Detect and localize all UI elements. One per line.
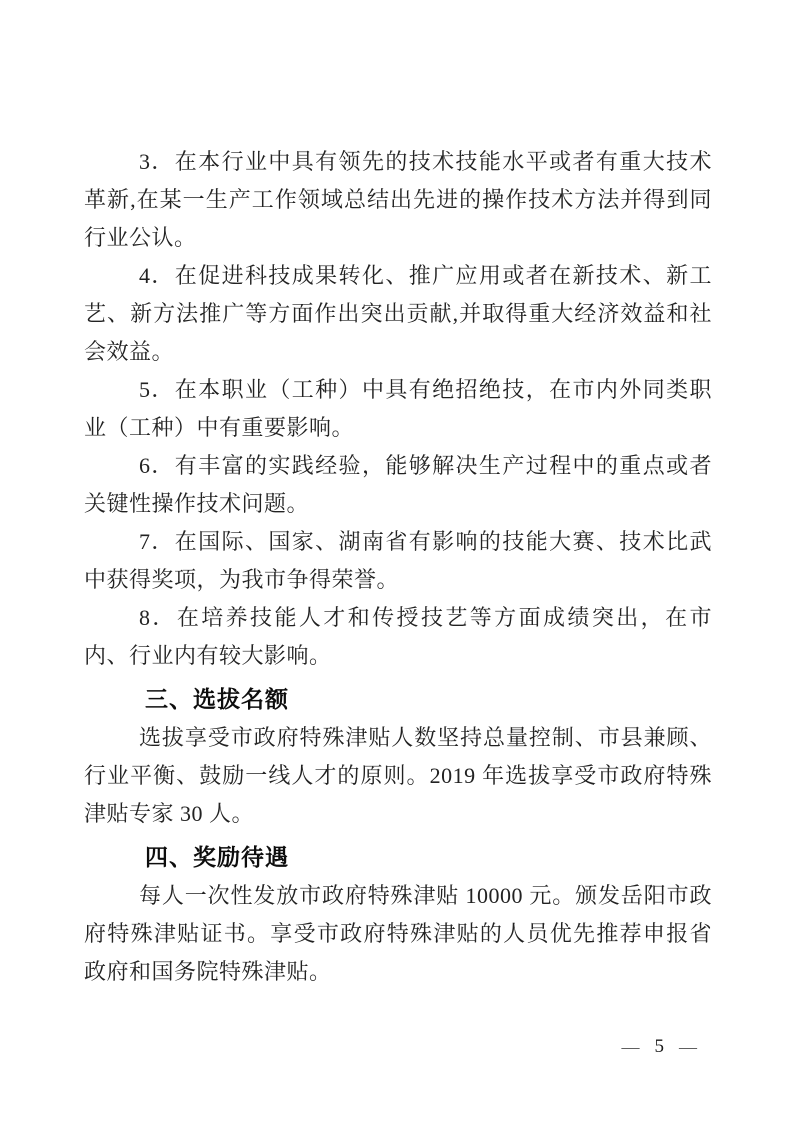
numbered-item-7: 7．在国际、国家、湖南省有影响的技能大赛、技术比武中获得奖项，为我市争得荣誉。: [84, 523, 712, 599]
numbered-item-6: 6．有丰富的实践经验，能够解决生产过程中的重点或者关键性操作技术问题。: [84, 447, 712, 523]
numbered-item-5: 5．在本职业（工种）中具有绝招绝技，在市内外同类职业（工种）中有重要影响。: [84, 371, 712, 447]
document-body: 3．在本行业中具有领先的技术技能水平或者有重大技术革新,在某一生产工作领域总结出…: [84, 143, 712, 991]
page-number: 5: [655, 1035, 665, 1059]
quota-paragraph: 选拔享受市政府特殊津贴人数坚持总量控制、市县兼顾、行业平衡、鼓励一线人才的原则。…: [84, 719, 712, 833]
numbered-item-8: 8．在培养技能人才和传授技艺等方面成绩突出，在市内、行业内有较大影响。: [84, 599, 712, 675]
section-heading-quota: 三、选拔名额: [84, 680, 712, 719]
page-footer: — 5 —: [622, 1035, 698, 1059]
section-heading-reward: 四、奖励待遇: [84, 838, 712, 877]
numbered-item-4: 4．在促进科技成果转化、推广应用或者在新技术、新工艺、新方法推广等方面作出突出贡…: [84, 257, 712, 371]
reward-paragraph: 每人一次性发放市政府特殊津贴 10000 元。颁发岳阳市政府特殊津贴证书。享受市…: [84, 877, 712, 991]
document-page: 3．在本行业中具有领先的技术技能水平或者有重大技术革新,在某一生产工作领域总结出…: [0, 0, 793, 1122]
numbered-item-3: 3．在本行业中具有领先的技术技能水平或者有重大技术革新,在某一生产工作领域总结出…: [84, 143, 712, 257]
footer-dash-left: —: [622, 1035, 640, 1059]
footer-dash-right: —: [679, 1035, 697, 1059]
